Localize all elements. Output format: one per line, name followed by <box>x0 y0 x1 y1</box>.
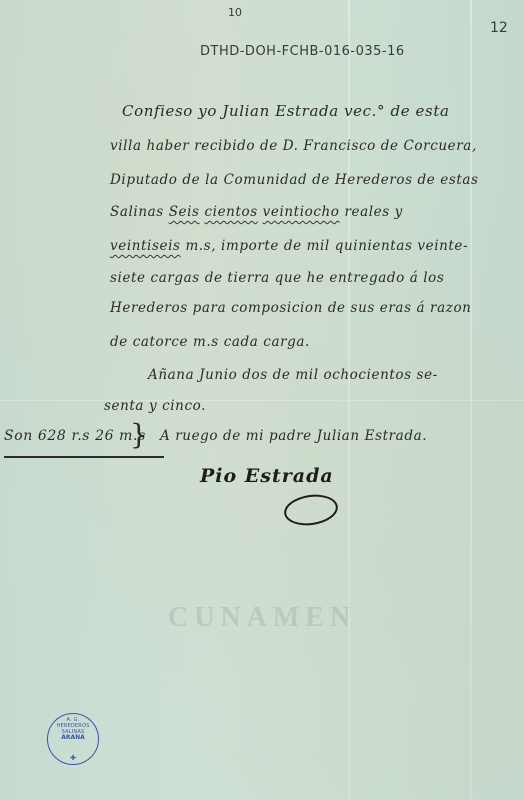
body-line-1: Confieso yo Julian Estrada vec.° de esta <box>122 102 450 120</box>
paper-fold <box>0 400 524 401</box>
document-page: 10 12 DTHD-DOH-FCHB-016-035-16 Confieso … <box>0 0 524 800</box>
page-number: 12 <box>490 20 508 36</box>
amount-underline <box>4 456 164 458</box>
cross-icon: ✚ <box>48 754 98 762</box>
signature: Pio Estrada <box>200 465 334 487</box>
date-line-2: senta y cinco. <box>104 398 206 414</box>
signature-flourish <box>282 491 340 528</box>
amount-label: Son 628 r.s 26 m.s <box>4 428 146 444</box>
body-line-6: siete cargas de tierra que he entregado … <box>110 270 444 286</box>
stamp-ring-text: A. G. HEREDEROS SALINAS <box>51 717 95 735</box>
body-line-2: villa haber recibido de D. Francisco de … <box>110 138 477 154</box>
body-line-8: de catorce m.s cada carga. <box>110 334 310 350</box>
bleed-through-text: CUNAMEN <box>168 602 356 634</box>
folio-annotation: 10 <box>228 6 242 19</box>
date-line-1: Añana Junio dos de mil ochocientos se- <box>148 367 438 383</box>
stamp-center-text: ARANA <box>48 734 98 741</box>
attestation-line: A ruego de mi padre Julian Estrada. <box>160 428 427 444</box>
body-line-4: Salinas Seis cientos veintiocho reales y <box>110 204 403 220</box>
brace-mark: } <box>130 418 148 451</box>
archive-stamp: A. G. HEREDEROS SALINAS ARANA ✚ <box>47 713 99 765</box>
body-line-3: Diputado de la Comunidad de Herederos de… <box>110 172 479 188</box>
body-line-7: Herederos para composicion de sus eras á… <box>110 300 471 316</box>
body-line-5: veintiseis m.s, importe de mil quinienta… <box>110 238 468 254</box>
body-line-4-text: Salinas Seis cientos veintiocho reales y <box>110 204 403 220</box>
archive-reference: DTHD-DOH-FCHB-016-035-16 <box>200 44 405 59</box>
